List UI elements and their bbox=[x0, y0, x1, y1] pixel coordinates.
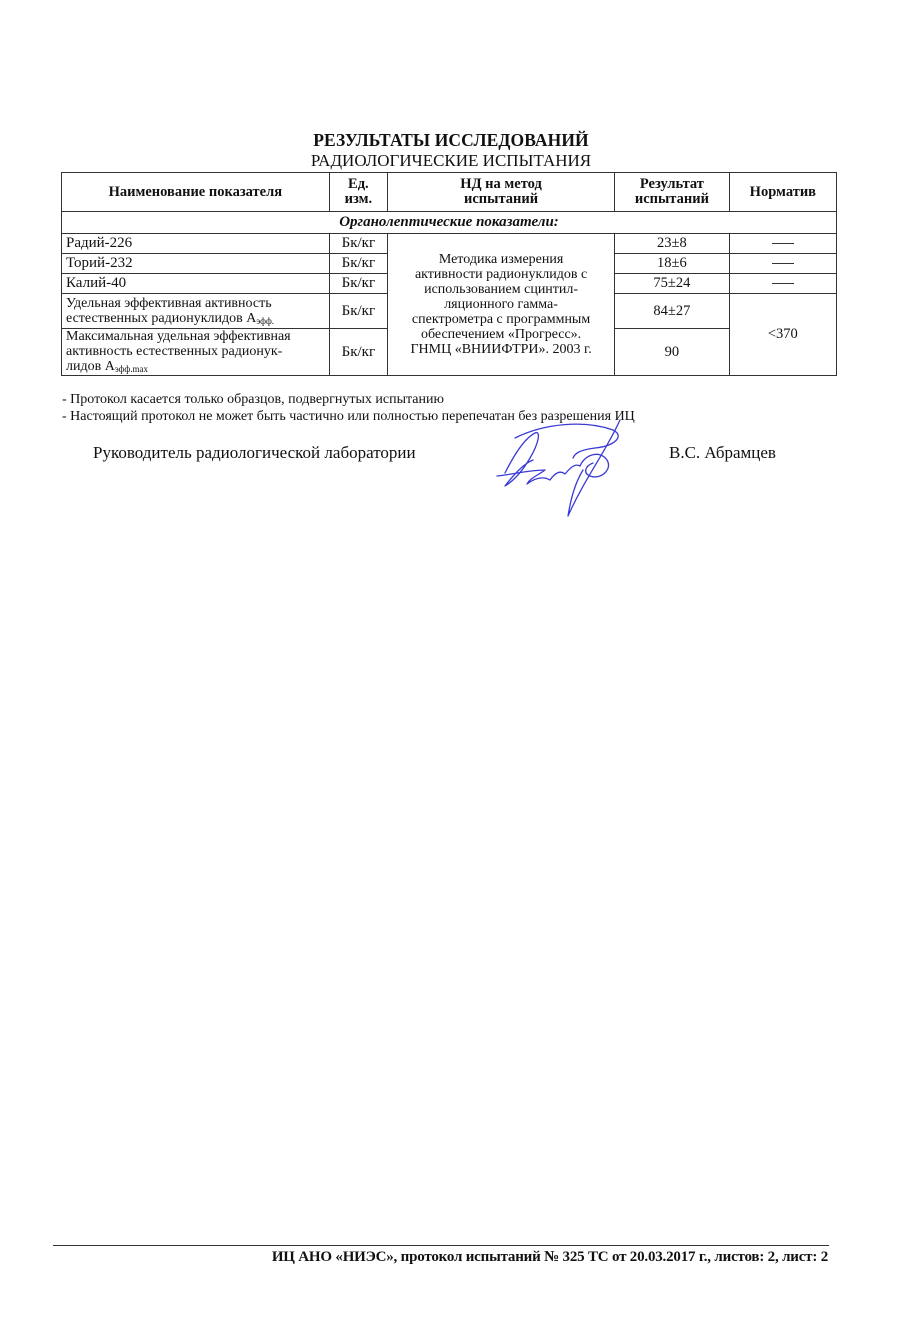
dash-icon bbox=[772, 263, 794, 264]
table-row: Радий-226 Бк/кг Методика измерения актив… bbox=[62, 234, 837, 254]
row-unit: Бк/кг bbox=[329, 329, 387, 376]
shared-norm: <370 bbox=[729, 294, 836, 376]
row-name: Торий-232 bbox=[62, 254, 330, 274]
row-result: 18±6 bbox=[615, 254, 730, 274]
signature-icon bbox=[475, 418, 645, 518]
header-unit: Ед.изм. bbox=[329, 173, 387, 212]
row-unit: Бк/кг bbox=[329, 234, 387, 254]
row-result: 84±27 bbox=[615, 294, 730, 329]
signatory-position: Руководитель радиологической лаборатории bbox=[93, 443, 416, 463]
row-name: Максимальная удельная эффективная активн… bbox=[62, 329, 330, 376]
note-item: - Протокол касается только образцов, под… bbox=[62, 391, 635, 408]
row-unit: Бк/кг bbox=[329, 254, 387, 274]
header-method: НД на методиспытаний bbox=[388, 173, 615, 212]
results-table: Наименование показателя Ед.изм. НД на ме… bbox=[61, 172, 837, 376]
row-norm bbox=[729, 234, 836, 254]
row-norm bbox=[729, 254, 836, 274]
row-unit: Бк/кг bbox=[329, 294, 387, 329]
method-cell: Методика измерения активности радионукли… bbox=[388, 234, 615, 376]
header-result: Результатиспытаний bbox=[615, 173, 730, 212]
row-unit: Бк/кг bbox=[329, 274, 387, 294]
section-title: Органолептические показатели: bbox=[62, 212, 837, 234]
row-result: 23±8 bbox=[615, 234, 730, 254]
footer-text: ИЦ АНО «НИЭС», протокол испытаний № 325 … bbox=[272, 1249, 828, 1266]
document-title: РЕЗУЛЬТАТЫ ИССЛЕДОВАНИЙ bbox=[0, 130, 902, 151]
row-norm bbox=[729, 274, 836, 294]
signatory-name: В.С. Абрамцев bbox=[669, 443, 776, 463]
row-result: 90 bbox=[615, 329, 730, 376]
document-subtitle: РАДИОЛОГИЧЕСКИЕ ИСПЫТАНИЯ bbox=[0, 151, 902, 171]
footer-divider bbox=[53, 1245, 829, 1246]
table-header-row: Наименование показателя Ед.изм. НД на ме… bbox=[62, 173, 837, 212]
document-page: РЕЗУЛЬТАТЫ ИССЛЕДОВАНИЙ РАДИОЛОГИЧЕСКИЕ … bbox=[0, 0, 902, 1317]
header-name: Наименование показателя bbox=[62, 173, 330, 212]
row-name: Удельная эффективная активность естестве… bbox=[62, 294, 330, 329]
row-name: Радий-226 bbox=[62, 234, 330, 254]
row-result: 75±24 bbox=[615, 274, 730, 294]
dash-icon bbox=[772, 243, 794, 244]
section-row: Органолептические показатели: bbox=[62, 212, 837, 234]
dash-icon bbox=[772, 283, 794, 284]
row-name: Калий-40 bbox=[62, 274, 330, 294]
header-norm: Норматив bbox=[729, 173, 836, 212]
